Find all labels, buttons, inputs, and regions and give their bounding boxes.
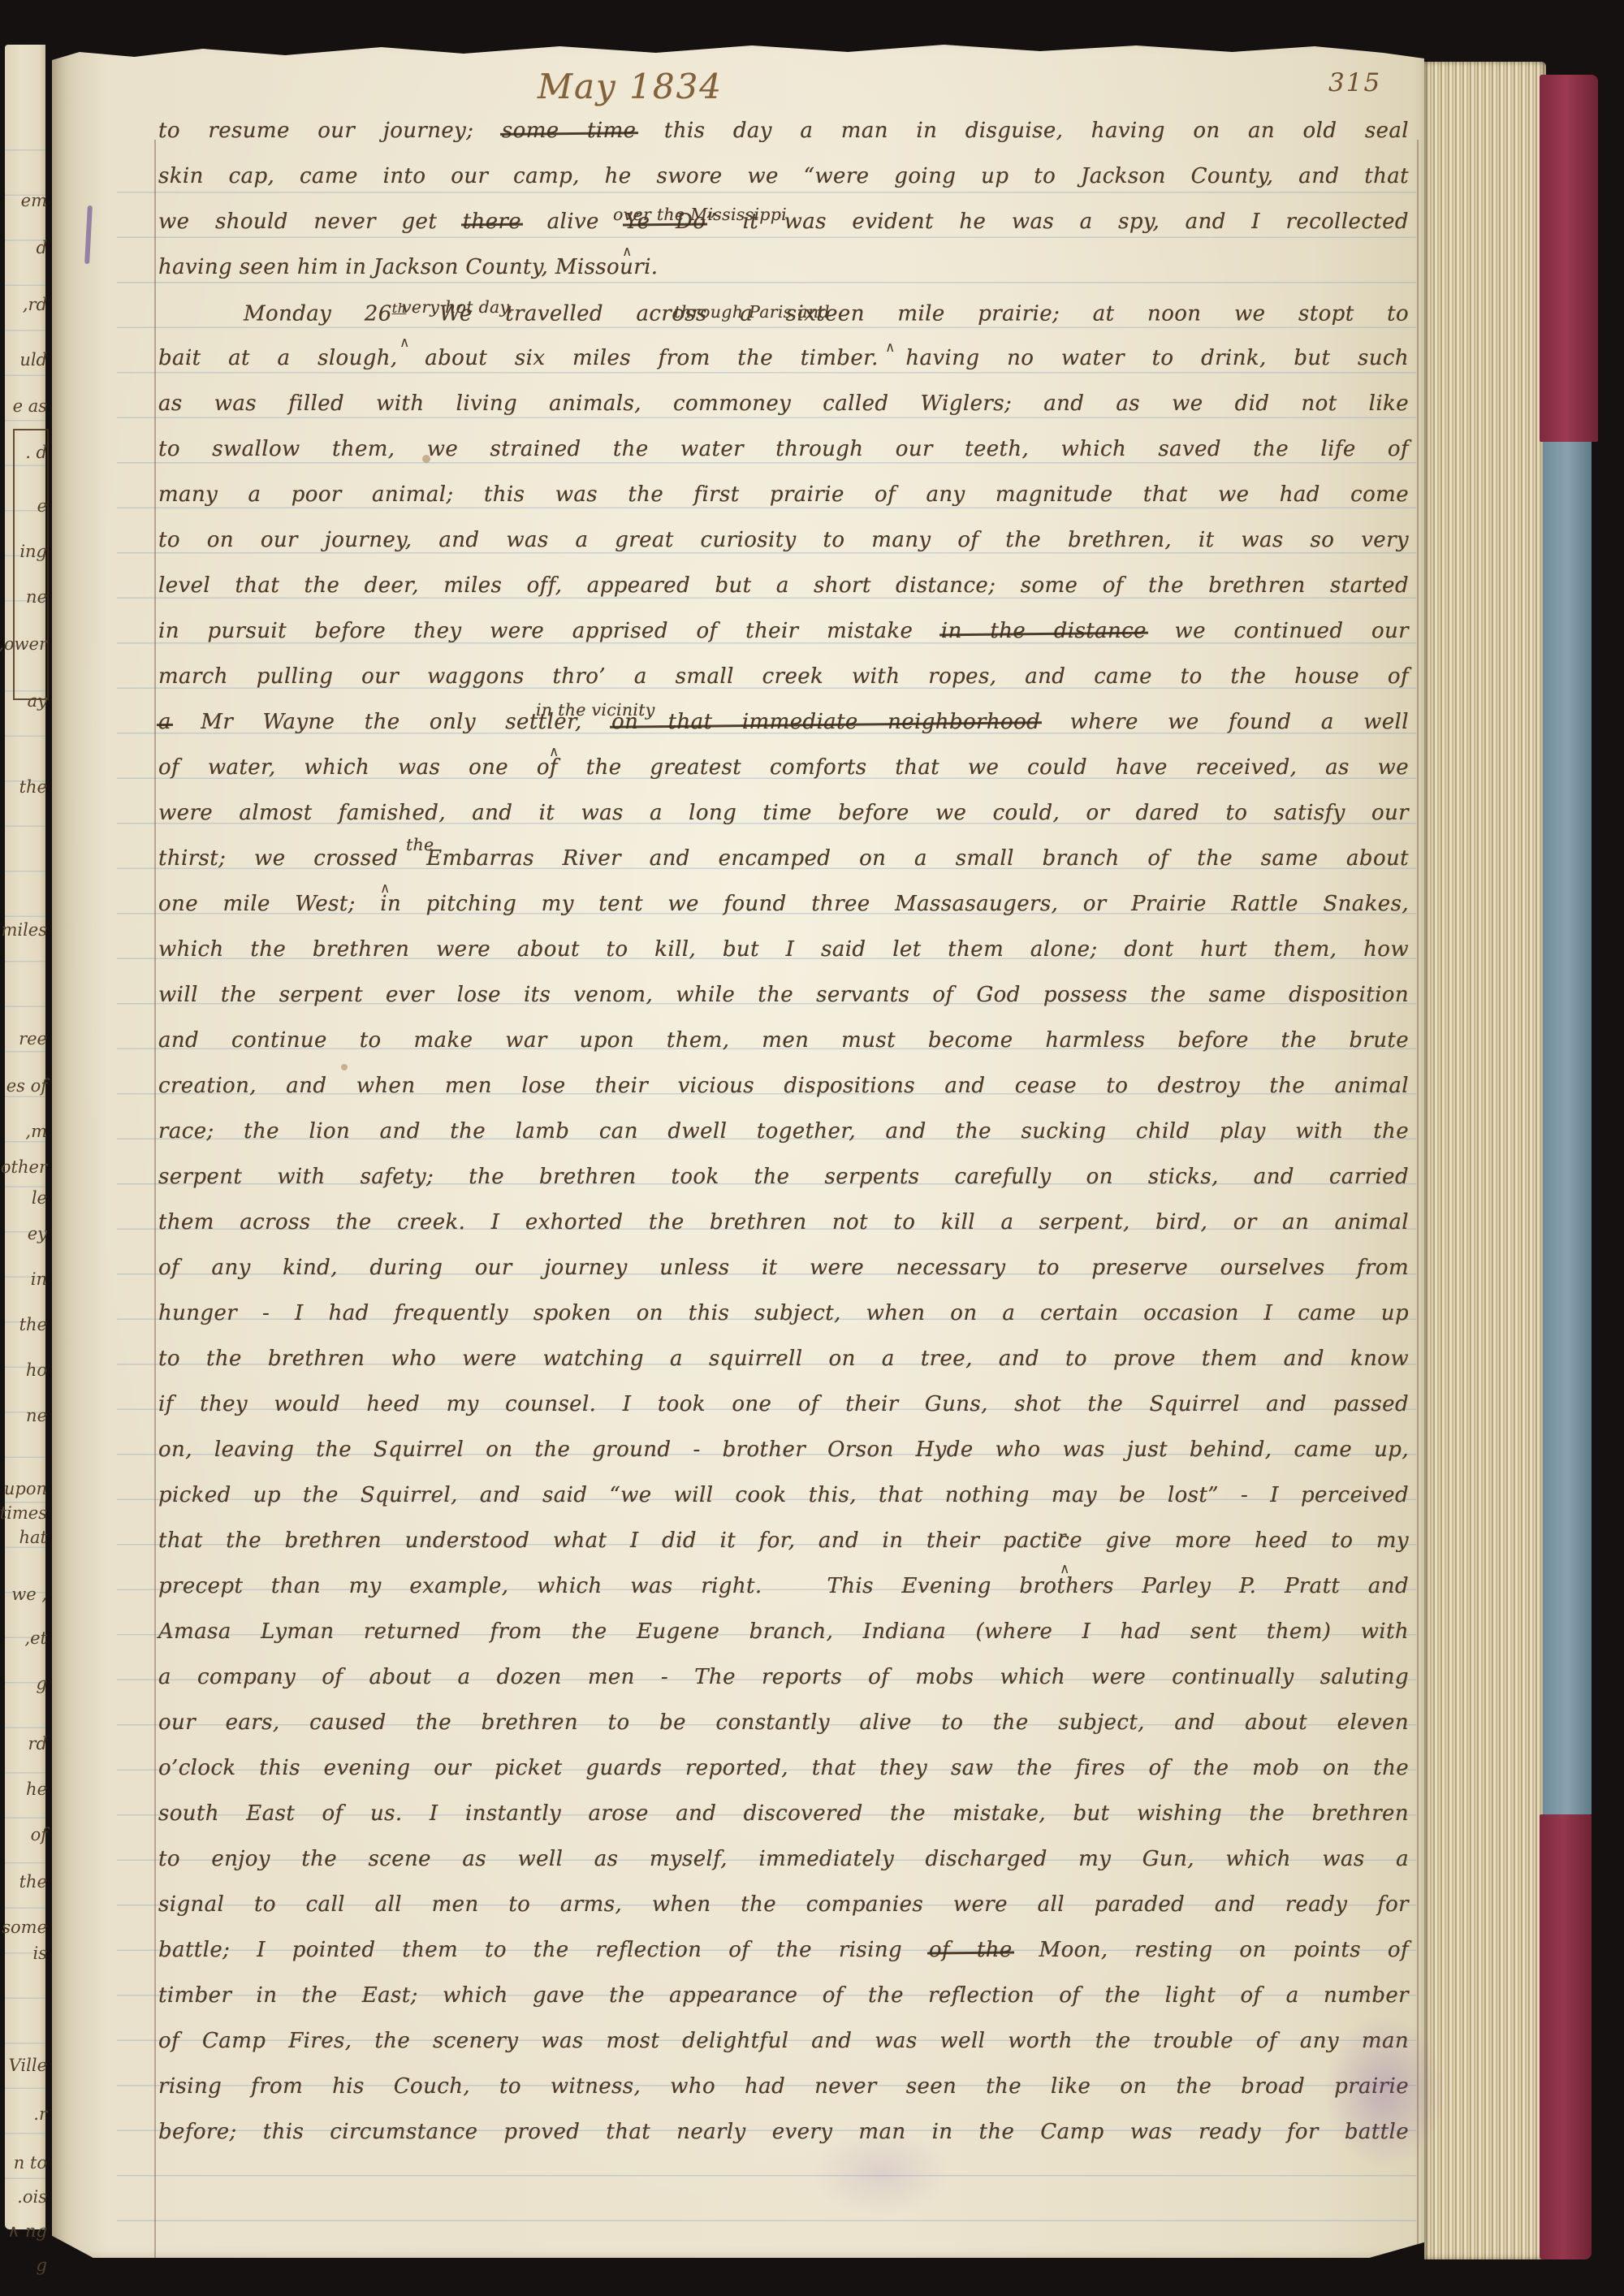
interlinear-insertion: r — [1058, 1527, 1066, 1546]
manuscript-text: which the brethren were about to kill, b… — [158, 937, 1409, 962]
manuscript-line: were almost famished, and it was a long … — [158, 801, 1409, 838]
manuscript-text: of Camp Fires, the scenery was most deli… — [158, 2029, 1409, 2053]
interlinear-insertion: over the Mississippi — [613, 205, 787, 224]
manuscript-text: We travelled across a sixteen mile prair… — [406, 302, 1409, 326]
manuscript-text: to the brethren who were watching a squi… — [158, 1347, 1409, 1371]
ink-stain — [812, 2128, 950, 2217]
line-gap — [762, 1574, 827, 1598]
manuscript-text: our ears, caused the brethren to be cons… — [158, 1710, 1409, 1735]
manuscript-line: in pursuit before they were apprised of … — [158, 619, 1409, 656]
manuscript-text: rising from his Couch, to witness, who h… — [158, 2074, 1409, 2099]
manuscript-line: thirst; we crossed Embarras River and en… — [158, 846, 1409, 884]
manuscript-text: precept than my example, which was right… — [158, 1574, 762, 1598]
manuscript-text: will the serpent ever lose its venom, wh… — [158, 983, 1409, 1007]
manuscript-line: which the brethren were about to kill, b… — [158, 937, 1409, 975]
manuscript-line: of Camp Fires, the scenery was most deli… — [158, 2029, 1409, 2066]
manuscript-line: to the brethren who were watching a squi… — [158, 1347, 1409, 1384]
manuscript-text: to enjoy the scene as well as myself, im… — [158, 1847, 1409, 1871]
manuscript-line: signal to call all men to arms, when the… — [158, 1892, 1409, 1930]
manuscript-line: a Mr Wayne the only settler, on that imm… — [158, 710, 1409, 747]
manuscript-text: and continue to make war upon them, men … — [158, 1028, 1409, 1053]
struck-text: on that immediate neighborhood — [611, 710, 1040, 734]
foxing-spot — [422, 455, 430, 463]
manuscript-line: march pulling our waggons thro’ a small … — [158, 664, 1409, 702]
caret-mark: ∧ — [380, 880, 390, 897]
ink-stain — [84, 205, 93, 264]
manuscript-text: thirst; we crossed Embarras River and en… — [158, 846, 1409, 871]
manuscript-line: if they would heed my counsel. I took on… — [158, 1392, 1409, 1429]
manuscript-line: to swallow them, we strained the water t… — [158, 437, 1409, 474]
manuscript-text: signal to call all men to arms, when the… — [158, 1892, 1409, 1917]
manuscript-line: of water, which was one of the greatest … — [158, 755, 1409, 793]
header-date: May 1834 — [538, 67, 723, 106]
page-number: 315 — [1328, 68, 1381, 97]
manuscript-text: having seen him in Jackson County, Misso… — [158, 255, 658, 279]
manuscript-text: this day a man in disguise, having on an… — [636, 119, 1409, 143]
manuscript-text: march pulling our waggons thro’ a small … — [158, 664, 1409, 689]
manuscript-text: we should never get — [158, 210, 463, 234]
struck-text: a — [158, 710, 171, 734]
manuscript-text: before; this circumstance proved that ne… — [158, 2120, 1409, 2144]
manuscript-line: one mile West; in pitching my tent we fo… — [158, 892, 1409, 929]
manuscript-line: race; the lion and the lamb can dwell to… — [158, 1119, 1409, 1157]
manuscript-line: battle; I pointed them to the reflection… — [158, 1938, 1409, 1975]
manuscript-text: a company of about a dozen men - The rep… — [158, 1665, 1409, 1689]
manuscript-text: level that the deer, miles off, appeared… — [158, 573, 1409, 598]
handwriting-overlay: May 1834 315 to resume our journey; some… — [0, 0, 1624, 2296]
manuscript-text: as was filled with living animals, commo… — [158, 391, 1409, 416]
manuscript-text: that the brethren understood what I did … — [158, 1529, 1409, 1553]
manuscript-line: them across the creek. I exhorted the br… — [158, 1210, 1409, 1247]
manuscript-line: level that the deer, miles off, appeared… — [158, 573, 1409, 611]
interlinear-insertion: in the vicinity — [536, 700, 655, 720]
manuscript-text: to swallow them, we strained the water t… — [158, 437, 1409, 461]
manuscript-line: many a poor animal; this was the first p… — [158, 482, 1409, 520]
manuscript-text: on, leaving the Squirrel on the ground -… — [158, 1438, 1409, 1462]
manuscript-text: in pursuit before they were apprised of … — [158, 619, 941, 643]
manuscript-text: battle; I pointed them to the reflection… — [158, 1938, 929, 1962]
manuscript-line: having seen him in Jackson County, Misso… — [158, 255, 658, 292]
manuscript-text: were almost famished, and it was a long … — [158, 801, 1409, 825]
struck-text: in the distance — [941, 619, 1147, 643]
manuscript-text: timber in the East; which gave the appea… — [158, 1983, 1409, 2008]
manuscript-text: many a poor animal; this was the first p… — [158, 482, 1409, 507]
manuscript-line: creation, and when men lose their viciou… — [158, 1074, 1409, 1111]
manuscript-text: o’clock this evening our picket guards r… — [158, 1756, 1409, 1780]
interlinear-insertion: the — [406, 835, 434, 854]
manuscript-line: a company of about a dozen men - The rep… — [158, 1665, 1409, 1702]
struck-text: there — [463, 210, 521, 234]
manuscript-text: bait at a slough, about six miles from t… — [158, 346, 1409, 370]
manuscript-line: south East of us. I instantly arose and … — [158, 1801, 1409, 1839]
manuscript-line: rising from his Couch, to witness, who h… — [158, 2074, 1409, 2112]
manuscript-line: timber in the East; which gave the appea… — [158, 1983, 1409, 2021]
manuscript-text: we continued our — [1147, 619, 1409, 643]
manuscript-line: before; this circumstance proved that ne… — [158, 2120, 1409, 2157]
manuscript-line: of any kind, during our journey unless i… — [158, 1256, 1409, 1293]
manuscript-text: ” it was evident he was a spy, and I rec… — [706, 210, 1409, 234]
manuscript-text: of water, which was one of the greatest … — [158, 755, 1409, 780]
manuscript-text: alive — [521, 210, 624, 234]
manuscript-text: picked up the Squirrel, and said “we wil… — [158, 1483, 1409, 1507]
manuscript-line: serpent with safety; the brethren took t… — [158, 1165, 1409, 1202]
ink-stain — [1324, 2014, 1445, 2168]
struck-text: of the — [929, 1938, 1013, 1962]
caret-mark: ∧ — [622, 244, 632, 260]
caret-mark: ∧ — [885, 339, 895, 356]
manuscript-text: serpent with safety; the brethren took t… — [158, 1165, 1409, 1189]
caret-mark: ∧ — [1060, 1561, 1069, 1577]
manuscript-text: creation, and when men lose their viciou… — [158, 1074, 1409, 1098]
manuscript-text: Moon, resting on points of — [1013, 1938, 1409, 1962]
manuscript-text: of any kind, during our journey unless i… — [158, 1256, 1409, 1280]
manuscript-line: hunger - I had frequently spoken on this… — [158, 1301, 1409, 1338]
manuscript-text: to on our journey, and was a great curio… — [158, 528, 1409, 552]
manuscript-line: precept than my example, which was right… — [158, 1574, 1409, 1611]
manuscript-line: that the brethren understood what I did … — [158, 1529, 1409, 1566]
manuscript-text: Monday 26 — [244, 302, 392, 326]
manuscript-line: Amasa Lyman returned from the Eugene bra… — [158, 1619, 1409, 1657]
interlinear-insertion: very hot day. — [402, 297, 513, 317]
manuscript-line: o’clock this evening our picket guards r… — [158, 1756, 1409, 1793]
manuscript-text: them across the creek. I exhorted the br… — [158, 1210, 1409, 1234]
manuscript-line: and continue to make war upon them, men … — [158, 1028, 1409, 1066]
manuscript-text: hunger - I had frequently spoken on this… — [158, 1301, 1409, 1325]
manuscript-line: to on our journey, and was a great curio… — [158, 528, 1409, 565]
struck-text: some time — [502, 119, 637, 143]
manuscript-text: if they would heed my counsel. I took on… — [158, 1392, 1409, 1416]
manuscript-text: one mile West; in pitching my tent we fo… — [158, 892, 1409, 916]
manuscript-line: to resume our journey; some time this da… — [158, 119, 1409, 156]
manuscript-line: will the serpent ever lose its venom, wh… — [158, 983, 1409, 1020]
manuscript-text: This Evening brothers Parley P. Pratt an… — [827, 1574, 1410, 1598]
manuscript-line: bait at a slough, about six miles from t… — [158, 346, 1409, 383]
manuscript-line: to enjoy the scene as well as myself, im… — [158, 1847, 1409, 1884]
manuscript-line: as was filled with living animals, commo… — [158, 391, 1409, 429]
manuscript-line: picked up the Squirrel, and said “we wil… — [158, 1483, 1409, 1520]
interlinear-insertion: through Paris and — [674, 302, 830, 322]
manuscript-text: skin cap, came into our camp, he swore w… — [158, 164, 1409, 188]
manuscript-line: skin cap, came into our camp, he swore w… — [158, 164, 1409, 201]
manuscript-line: our ears, caused the brethren to be cons… — [158, 1710, 1409, 1748]
foxing-spot — [341, 1064, 348, 1070]
caret-mark: ∧ — [400, 335, 409, 351]
manuscript-text: where we found a well — [1040, 710, 1409, 734]
manuscript-line: on, leaving the Squirrel on the ground -… — [158, 1438, 1409, 1475]
manuscript-text: race; the lion and the lamb can dwell to… — [158, 1119, 1409, 1144]
manuscript-text: south East of us. I instantly arose and … — [158, 1801, 1409, 1826]
caret-mark: ∧ — [549, 744, 559, 760]
manuscript-text: Amasa Lyman returned from the Eugene bra… — [158, 1619, 1409, 1644]
manuscript-text: to resume our journey; — [158, 119, 502, 143]
